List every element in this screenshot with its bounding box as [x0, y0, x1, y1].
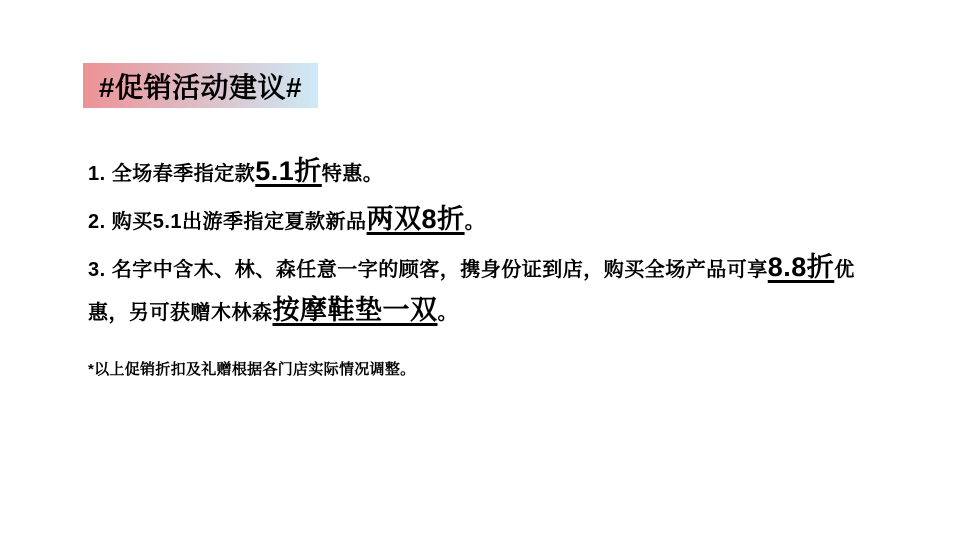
- discount-8-8-highlight: 8.8折: [768, 252, 835, 282]
- slide: #促销活动建议# 1. 全场春季指定款5.1折特惠。 2. 购买5.1出游季指定…: [0, 0, 960, 540]
- footnote: *以上促销折扣及礼赠根据各门店实际情况调整。: [88, 359, 928, 381]
- promo-item-3-text: 3. 名字中含木、林、森任意一字的顾客，携身份证到店，购买全场产品可享: [88, 259, 768, 281]
- discount-two-pairs-highlight: 两双8折: [367, 204, 465, 234]
- promo-item-1-suffix: 特惠。: [322, 163, 384, 185]
- discount-5-1-highlight: 5.1折: [255, 156, 322, 186]
- promo-item-1-text: 1. 全场春季指定款: [88, 163, 255, 185]
- promo-item-2-text: 2. 购买5.1出游季指定夏款新品: [88, 211, 367, 233]
- slide-title-box: #促销活动建议#: [83, 63, 318, 108]
- promo-item-3-mid1: 优: [834, 259, 855, 281]
- promo-item-1: 1. 全场春季指定款5.1折特惠。: [88, 151, 928, 194]
- promo-item-2-suffix: 。: [465, 211, 486, 233]
- slide-title: #促销活动建议#: [99, 66, 302, 106]
- gift-insole-highlight: 按摩鞋垫一双: [273, 295, 438, 325]
- promo-item-2: 2. 购买5.1出游季指定夏款新品两双8折。: [88, 199, 928, 242]
- promo-list: 1. 全场春季指定款5.1折特惠。 2. 购买5.1出游季指定夏款新品两双8折。…: [88, 151, 928, 381]
- promo-item-3-mid2: 惠，另可获赠木林森: [88, 302, 273, 324]
- promo-item-3: 3. 名字中含木、林、森任意一字的顾客，携身份证到店，购买全场产品可享8.8折优…: [88, 247, 928, 333]
- promo-item-3-suffix: 。: [438, 302, 459, 324]
